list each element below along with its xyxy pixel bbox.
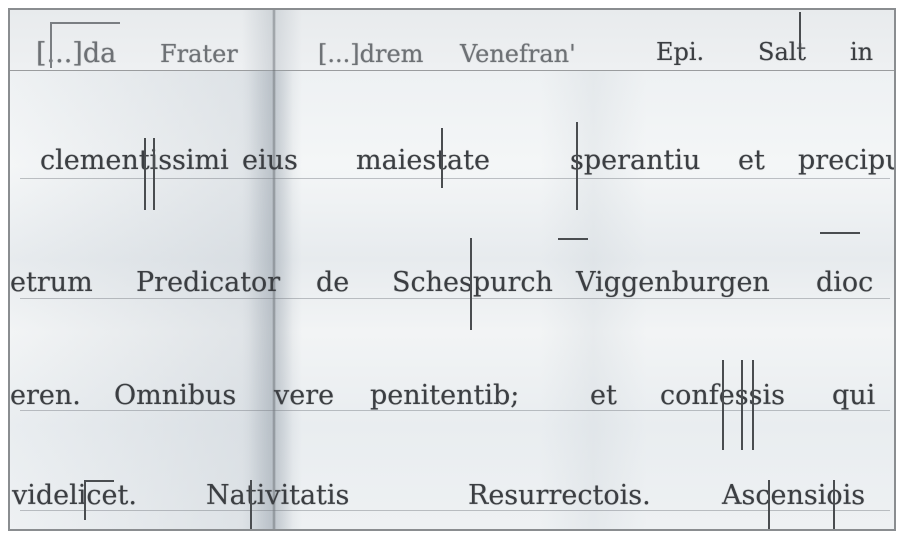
word: dioc [816, 267, 873, 298]
word: precipu [798, 145, 896, 176]
long-s-stroke [153, 138, 155, 210]
word: Schespurch [392, 267, 553, 298]
word: in [850, 38, 873, 66]
ascender-stroke [250, 480, 252, 530]
long-s-stroke [576, 122, 578, 210]
ruling-line [20, 298, 890, 299]
long-s-stroke [144, 138, 146, 210]
manuscript-frame: [...]da Frater [...]drem Venefran' Epi. … [8, 8, 896, 531]
word: etrum [10, 267, 93, 298]
ascender-stroke [50, 22, 52, 68]
ascender-flag [820, 232, 860, 234]
word: videlicet. [12, 480, 137, 511]
word: eius [242, 145, 298, 176]
word: et [738, 145, 765, 176]
long-s-stroke [441, 128, 443, 188]
word: maiestate [356, 145, 490, 176]
ruling-line [20, 178, 890, 179]
word: et [590, 380, 617, 411]
ascender-stroke [799, 12, 801, 52]
word: Omnibus [114, 380, 236, 411]
word: Viggenburgen [576, 267, 770, 298]
ascender-flag [50, 22, 120, 24]
word: de [316, 267, 349, 298]
word: sperantiu [570, 145, 700, 176]
long-s-stroke [833, 480, 835, 531]
word: Epi. [656, 38, 704, 66]
word: qui [832, 380, 875, 411]
word: Venefran' [460, 40, 576, 68]
word: Ascensiois [722, 480, 865, 511]
long-s-stroke [722, 360, 724, 450]
word: [...]drem [318, 40, 423, 68]
word: Predicator [136, 267, 280, 298]
word: eren. [10, 380, 81, 411]
word: penitentib; [370, 380, 519, 411]
word: Frater [160, 40, 238, 68]
word: [...]da [36, 38, 116, 69]
word: vere [274, 380, 334, 411]
long-s-stroke [752, 360, 754, 450]
long-s-stroke [768, 480, 770, 531]
word: clementissimi [40, 145, 229, 176]
word: Nativitatis [206, 480, 349, 511]
ascender-flag [84, 480, 114, 482]
ascender-flag [558, 238, 588, 240]
long-s-stroke [741, 360, 743, 450]
word: Resurrectois. [468, 480, 651, 511]
long-s-stroke [470, 238, 472, 330]
ascender-stroke [84, 480, 86, 520]
